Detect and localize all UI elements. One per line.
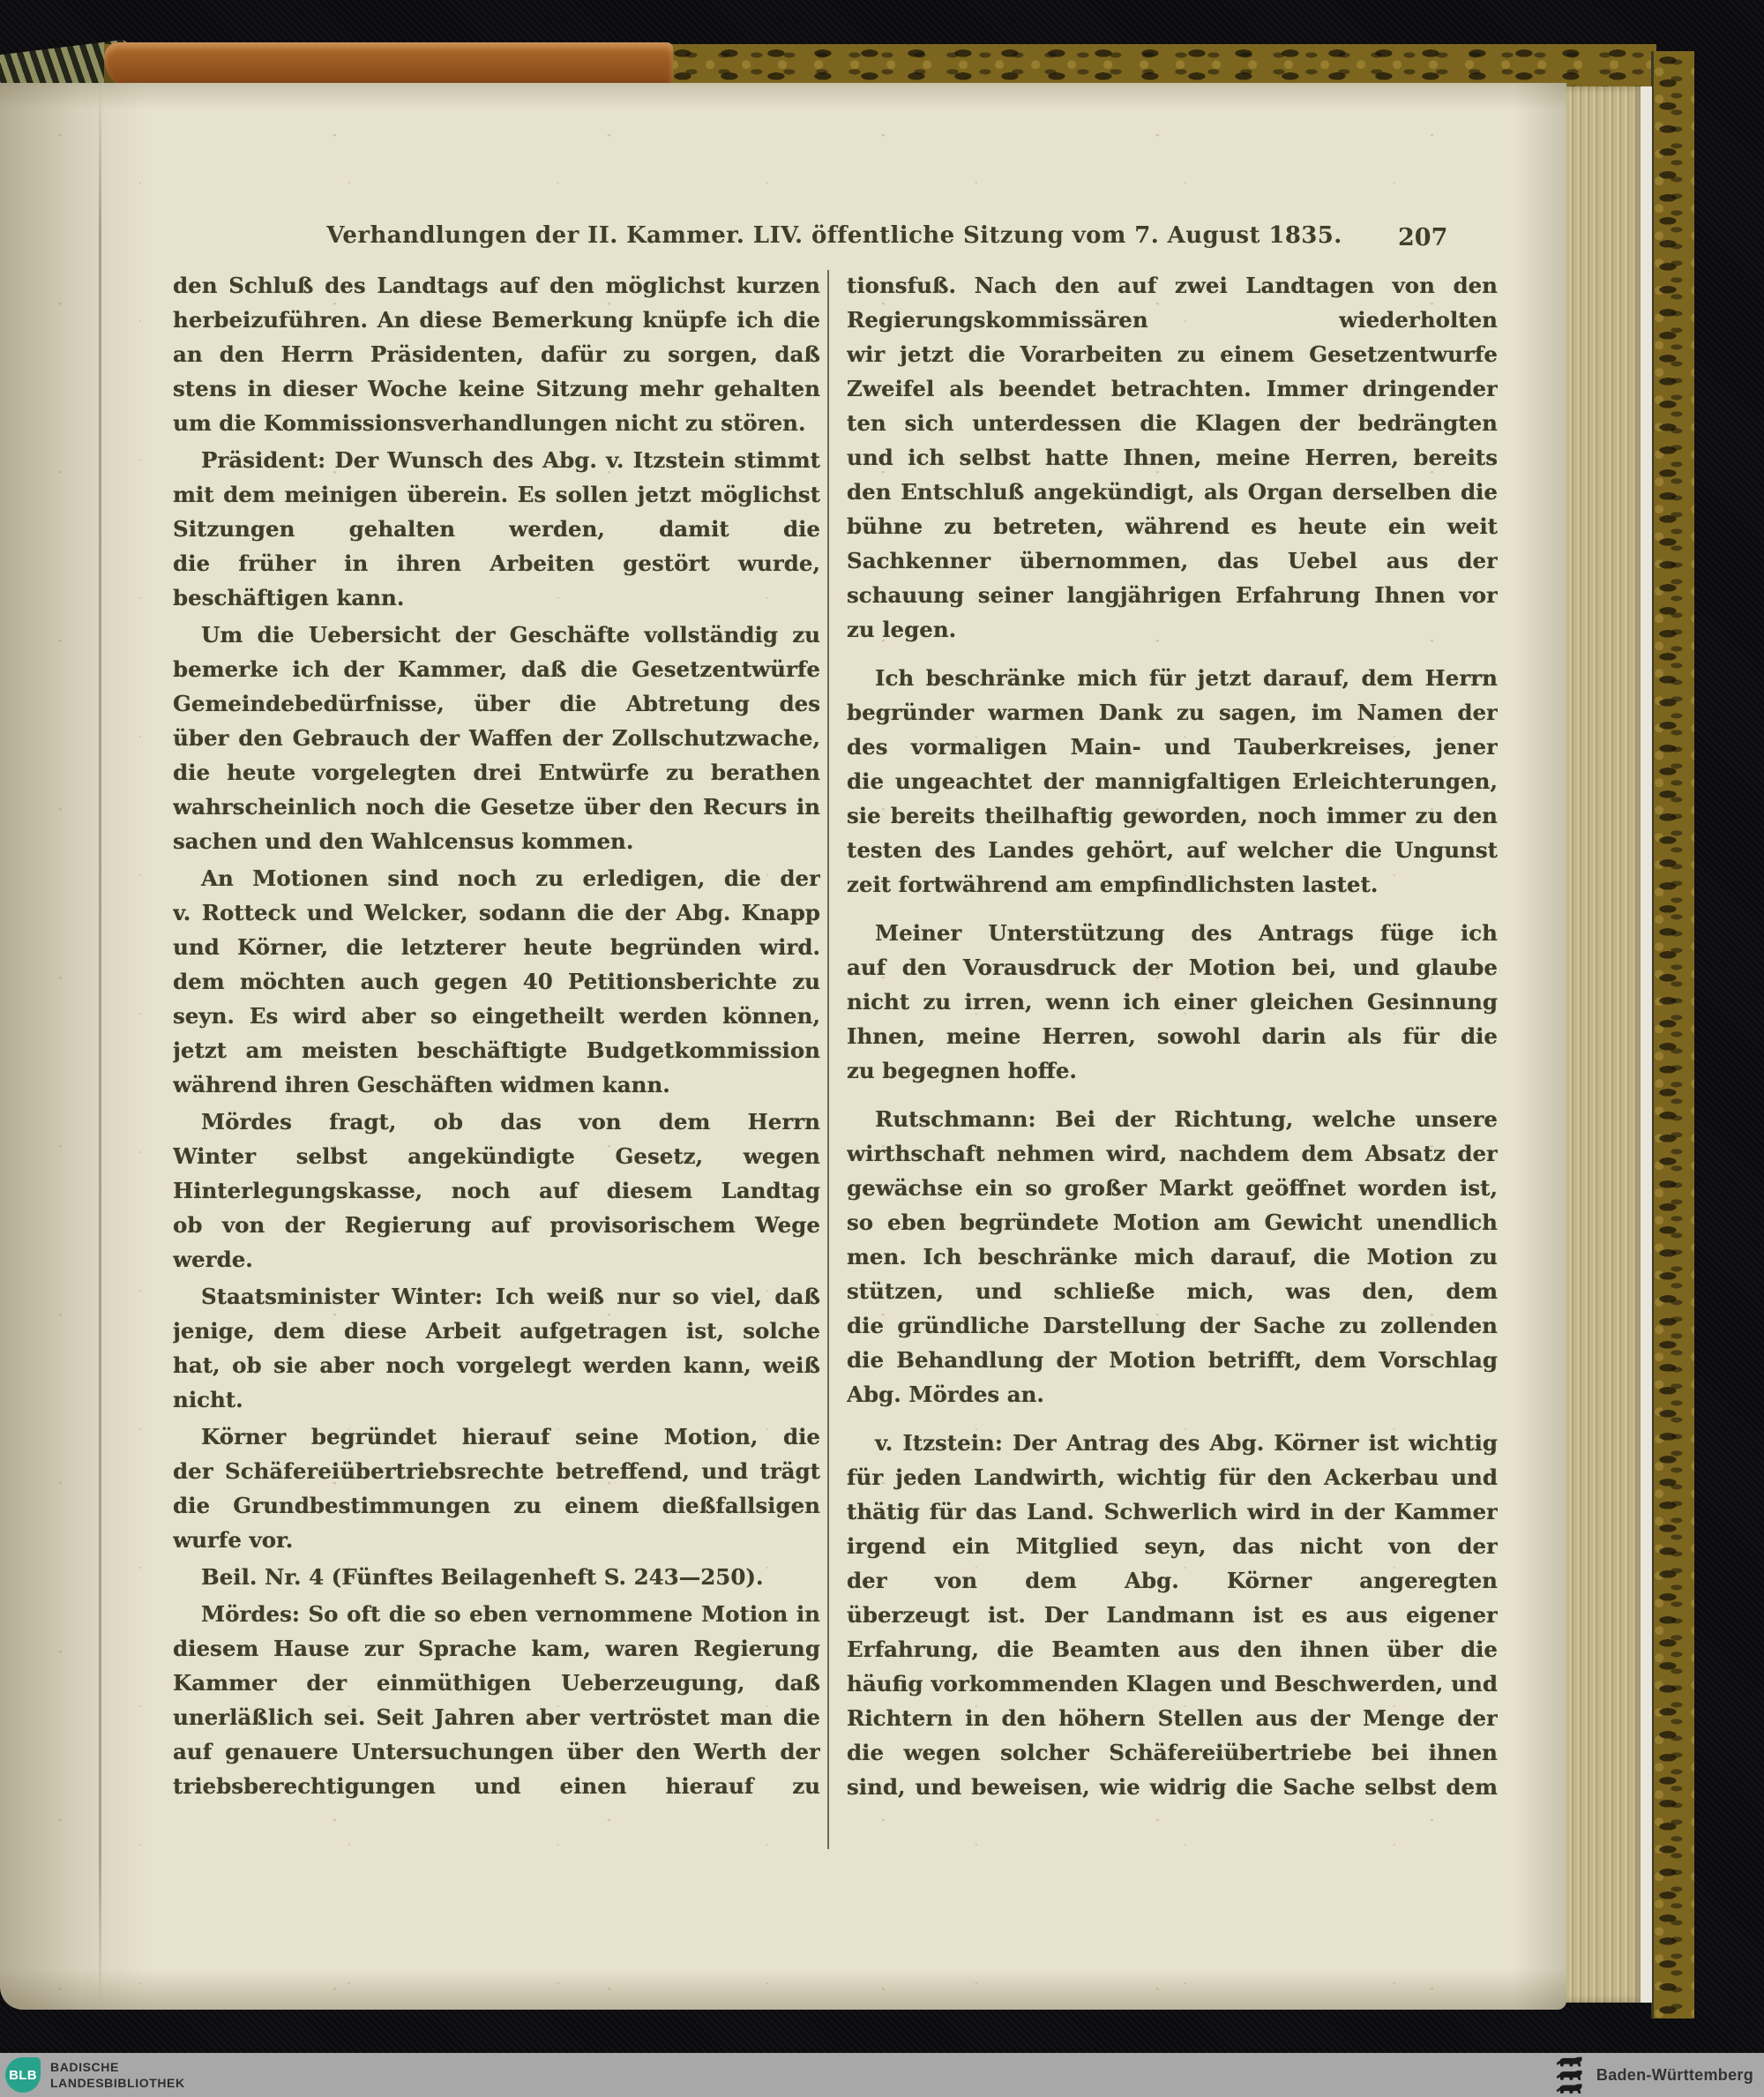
text-line: sie bereits theilhaftig geworden, noch i… [847, 798, 1498, 833]
text-line: v. Itzstein: Der Antrag des Abg. Körner … [847, 1426, 1498, 1460]
text-line: Um die Uebersicht der Geschäfte vollstän… [173, 618, 820, 652]
text-line: unerläßlich sei. Seit Jahren aber vertrö… [173, 1700, 820, 1734]
text-line: seyn. Es wird aber so eingetheilt werden… [173, 999, 820, 1033]
text-line: während ihren Geschäften widmen kann. [173, 1067, 820, 1102]
library-footer-bar: BLB BADISCHE LANDESBIBLIOTHEK Baden-Würt… [0, 2053, 1764, 2097]
text-line: begründer warmen Dank zu sagen, im Namen… [847, 695, 1498, 730]
text-line: wirthschaft nehmen wird, nachdem dem Abs… [847, 1136, 1498, 1171]
paragraph: den Schluß des Landtags auf den möglichs… [173, 268, 820, 440]
text-line: Erfahrung, die Beamten aus den ihnen übe… [847, 1632, 1498, 1666]
text-line: um die Kommissionsverhandlungen nicht zu… [173, 406, 820, 440]
text-line: irgend ein Mitglied seyn, das nicht von … [847, 1529, 1498, 1563]
page-block-edge [1561, 86, 1644, 2003]
text-line: tionsfuß. Nach den auf zwei Landtagen vo… [847, 268, 1498, 303]
text-line: Mördes: So oft die so eben vernommene Mo… [173, 1597, 820, 1631]
paragraph: Meiner Unterstützung des Antrags füge ic… [847, 916, 1498, 1088]
library-name: BADISCHE LANDESBIBLIOTHEK [50, 2059, 185, 2091]
text-line: Richtern in den höhern Stellen aus der M… [847, 1701, 1498, 1735]
text-line: beschäftigen kann. [173, 580, 820, 615]
text-line: Mördes fragt, ob das von dem Herrn Staat… [173, 1105, 820, 1139]
text-line: werde. [173, 1242, 820, 1277]
text-line: zeit fortwährend am empfindlichsten last… [847, 867, 1498, 902]
paragraph: Präsident: Der Wunsch des Abg. v. Itzste… [173, 443, 820, 615]
text-line: und ich selbst hatte Ihnen, meine Herren… [847, 440, 1498, 475]
text-line: für jeden Landwirth, wichtig für den Ack… [847, 1460, 1498, 1494]
library-name-line1: BADISCHE [50, 2059, 185, 2075]
text-line: An Motionen sind noch zu erledigen, die … [173, 861, 820, 895]
paragraph: Mördes: So oft die so eben vernommene Mo… [173, 1597, 820, 1803]
text-line: und Körner, die letzterer heute begründe… [173, 930, 820, 964]
text-line: auf den Vorausdruck der Motion bei, und … [847, 950, 1498, 985]
text-line: die wegen solcher Schäfereiübertriebe be… [847, 1735, 1498, 1770]
paragraph: Um die Uebersicht der Geschäfte vollstän… [173, 618, 820, 858]
text-columns: den Schluß des Landtags auf den möglichs… [173, 268, 1498, 1807]
paragraph: Rutschmann: Bei der Richtung, welche uns… [847, 1102, 1498, 1412]
text-line: Abg. Mördes an. [847, 1377, 1498, 1412]
text-line: thätig für das Land. Schwerlich wird in … [847, 1494, 1498, 1529]
text-line: wir jetzt die Vorarbeiten zu einem Geset… [847, 337, 1498, 371]
text-line: dem möchten auch gegen 40 Petitionsberic… [173, 964, 820, 999]
text-line: stützen, und schließe mich, was den, dem… [847, 1274, 1498, 1308]
text-line: auf genauere Untersuchungen über den Wer… [173, 1734, 820, 1769]
text-line: men. Ich beschränke mich darauf, die Mot… [847, 1239, 1498, 1274]
text-line: wurfe vor. [173, 1523, 820, 1557]
text-line: Sitzungen gehalten werden, damit die Bud… [173, 512, 820, 546]
text-line: überzeugt ist. Der Landmann ist es aus e… [847, 1598, 1498, 1632]
scanned-page: Verhandlungen der II. Kammer. LIV. öffen… [0, 83, 1566, 2010]
text-line: Meiner Unterstützung des Antrags füge ic… [847, 916, 1498, 950]
text-line: ten sich unterdessen die Klagen der bedr… [847, 406, 1498, 440]
text-line: v. Rotteck und Welcker, sodann die der A… [173, 895, 820, 930]
text-line: hat, ob sie aber noch vorgelegt werden k… [173, 1348, 820, 1382]
text-line: nicht. [173, 1382, 820, 1417]
left-column: den Schluß des Landtags auf den möglichs… [173, 268, 820, 1807]
text-line: die gründliche Darstellung der Sache zu … [847, 1308, 1498, 1343]
text-line: die früher in ihren Arbeiten gestört wur… [173, 546, 820, 580]
paragraph: Beil. Nr. 4 (Fünftes Beilagenheft S. 243… [173, 1560, 820, 1594]
text-line: des vormaligen Main- und Tauberkreises, … [847, 730, 1498, 764]
text-line: Ich beschränke mich für jetzt darauf, de… [847, 661, 1498, 695]
text-line: der von dem Abg. Körner angeregten Schäf… [847, 1563, 1498, 1598]
text-line: häufig vorkommenden Klagen und Beschwerd… [847, 1666, 1498, 1701]
text-line: triebsberechtigungen und einen hierauf z… [173, 1769, 820, 1803]
right-column: tionsfuß. Nach den auf zwei Landtagen vo… [847, 268, 1498, 1807]
text-line: bemerke ich der Kammer, daß die Gesetzen… [173, 652, 820, 686]
text-line: zu begegnen hoffe. [847, 1053, 1498, 1088]
text-line: so eben begründete Motion am Gewicht une… [847, 1205, 1498, 1239]
text-line: sachen und den Wahlcensus kommen. [173, 824, 820, 858]
baden-wuerttemberg-lions-icon [1552, 2056, 1586, 2094]
text-line: Winter selbst angekündigte Gesetz, wegen… [173, 1139, 820, 1173]
gutter-crease [99, 83, 101, 2006]
text-line: sind, und beweisen, wie widrig die Sache… [847, 1770, 1498, 1804]
page-header: Verhandlungen der II. Kammer. LIV. öffen… [173, 222, 1496, 249]
text-line: der Schäfereiübertriebsrechte betreffend… [173, 1454, 820, 1488]
text-line: stens in dieser Woche keine Sitzung mehr… [173, 371, 820, 406]
text-line: Beil. Nr. 4 (Fünftes Beilagenheft S. 243… [173, 1560, 820, 1594]
text-line: jetzt am meisten beschäftigte Budgetkomm… [173, 1033, 820, 1067]
state-name: Baden-Württemberg [1596, 2066, 1753, 2085]
paragraph: An Motionen sind noch zu erledigen, die … [173, 861, 820, 1102]
text-line: die heute vorgelegten drei Entwürfe zu b… [173, 755, 820, 790]
page-number: 207 [1398, 224, 1447, 251]
library-name-line2: LANDESBIBLIOTHEK [50, 2075, 185, 2091]
paragraph: Ich beschränke mich für jetzt darauf, de… [847, 661, 1498, 902]
text-line: mit dem meinigen überein. Es sollen jetz… [173, 477, 820, 512]
text-line: den Entschluß angekündigt, als Organ der… [847, 475, 1498, 509]
book-scan-photo: Verhandlungen der II. Kammer. LIV. öffen… [0, 0, 1764, 2097]
paragraph: Mördes fragt, ob das von dem Herrn Staat… [173, 1105, 820, 1277]
text-line: jenige, dem diese Arbeit aufgetragen ist… [173, 1314, 820, 1348]
text-line: ob von der Regierung auf provisorischem … [173, 1208, 820, 1242]
state-branding: Baden-Württemberg [1552, 2053, 1753, 2097]
flyleaf-edge [1641, 86, 1652, 2003]
paragraph: Körner begründet hierauf seine Motion, d… [173, 1419, 820, 1557]
text-line: die ungeachtet der mannigfaltigen Erleic… [847, 764, 1498, 798]
text-line: über den Gebrauch der Waffen der Zollsch… [173, 721, 820, 755]
text-line: Körner begründet hierauf seine Motion, d… [173, 1419, 820, 1454]
text-line: Rutschmann: Bei der Richtung, welche uns… [847, 1102, 1498, 1136]
text-line: Sachkenner übernommen, das Uebel aus der… [847, 543, 1498, 578]
text-line: den Schluß des Landtags auf den möglichs… [173, 268, 820, 303]
paragraph: Staatsminister Winter: Ich weiß nur so v… [173, 1279, 820, 1417]
text-line: wahrscheinlich noch die Gesetze über den… [173, 790, 820, 824]
text-line: die Grundbestimmungen zu einem dießfalls… [173, 1488, 820, 1523]
text-line: testen des Landes gehört, auf welcher di… [847, 833, 1498, 867]
paragraph: tionsfuß. Nach den auf zwei Landtagen vo… [847, 268, 1498, 647]
text-line: diesem Hause zur Sprache kam, waren Regi… [173, 1631, 820, 1666]
blb-logo: BLB [5, 2057, 41, 2093]
text-line: schauung seiner langjährigen Erfahrung I… [847, 578, 1498, 612]
text-line: Hinterlegungskasse, noch auf diesem Land… [173, 1173, 820, 1208]
text-line: bühne zu betreten, während es heute ein … [847, 509, 1498, 543]
paragraph: v. Itzstein: Der Antrag des Abg. Körner … [847, 1426, 1498, 1804]
text-line: Regierungskommissären wiederholten Versi… [847, 303, 1498, 337]
text-line: Präsident: Der Wunsch des Abg. v. Itzste… [173, 443, 820, 477]
text-line: an den Herrn Präsidenten, dafür zu sorge… [173, 337, 820, 371]
text-line: Staatsminister Winter: Ich weiß nur so v… [173, 1279, 820, 1314]
text-line: Kammer der einmüthigen Ueberzeugung, daß… [173, 1666, 820, 1700]
text-line: nicht zu irren, wenn ich einer gleichen … [847, 985, 1498, 1019]
text-line: Zweifel als beendet betrachten. Immer dr… [847, 371, 1498, 406]
text-line: herbeizuführen. An diese Bemerkung knüpf… [173, 303, 820, 337]
marbled-cover-right [1651, 51, 1694, 2018]
text-line: die Behandlung der Motion betrifft, dem … [847, 1343, 1498, 1377]
text-line: Gemeindebedürfnisse, über die Abtretung … [173, 686, 820, 721]
text-line: gewächse ein so großer Markt geöffnet wo… [847, 1171, 1498, 1205]
text-line: Ihnen, meine Herren, sowohl darin als fü… [847, 1019, 1498, 1053]
text-line: zu legen. [847, 612, 1498, 647]
